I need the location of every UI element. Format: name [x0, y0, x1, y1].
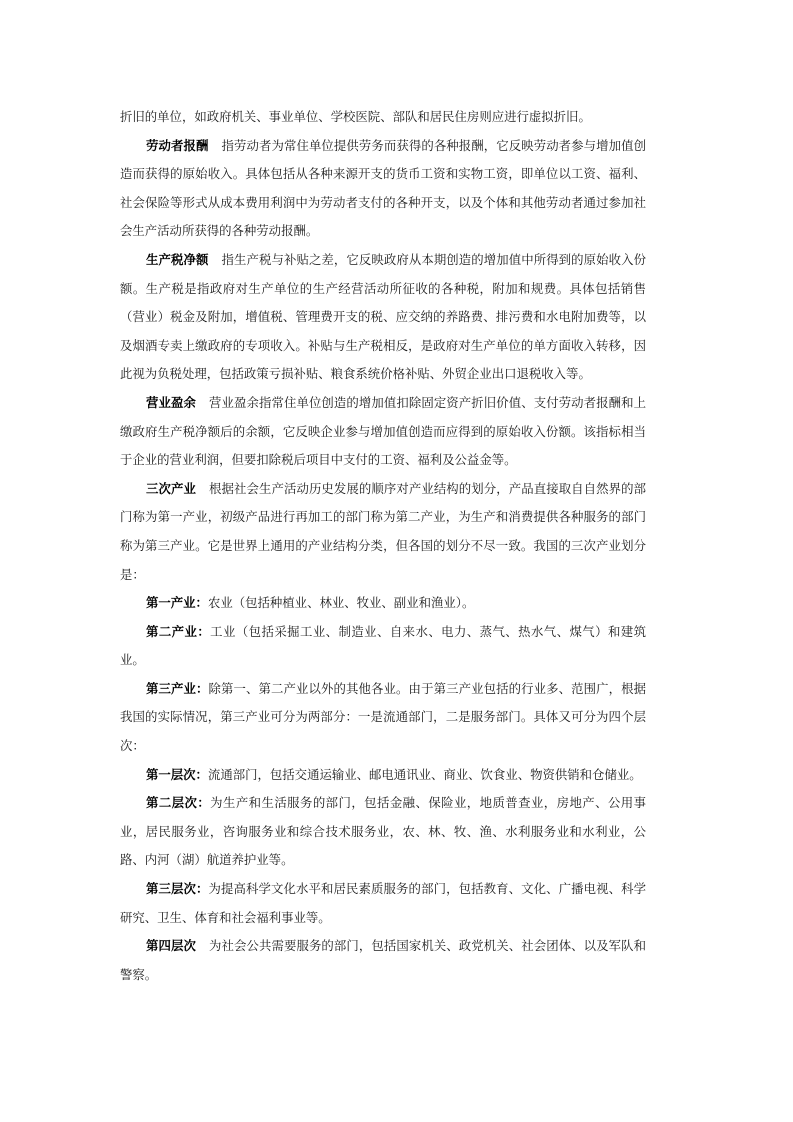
- paragraph-depreciation-continuation: 折旧的单位，如政府机关、事业单位、学校医院、部队和居民住房则应进行虚拟折旧。: [120, 103, 646, 132]
- paragraph-operating-surplus: 营业盈余营业盈余指常住单位创造的增加值扣除固定资产折旧价值、支付劳动者报酬和上缴…: [120, 389, 646, 475]
- term-heading: 第一层次：: [146, 767, 208, 782]
- paragraph-text: 营业盈余指常住单位创造的增加值扣除固定资产折旧价值、支付劳动者报酬和上缴政府生产…: [120, 395, 646, 467]
- term-heading: 营业盈余: [146, 395, 196, 410]
- paragraph-labor-compensation: 劳动者报酬指劳动者为常住单位提供劳务而获得的各种报酬，它反映劳动者参与增加值创造…: [120, 132, 646, 246]
- paragraph-text: 指生产税与补贴之差，它反映政府从本期创造的增加值中所得到的原始收入份额。生产税是…: [120, 252, 646, 381]
- term-heading: 劳动者报酬: [146, 138, 208, 153]
- paragraph-three-industries: 三次产业根据社会生产活动历史发展的顺序对产业结构的划分，产品直接取自自然界的部门…: [120, 475, 646, 589]
- paragraph-text: 农业（包括种植业、林业、牧业、副业和渔业）。: [208, 595, 474, 610]
- paragraph-text: 根据社会生产活动历史发展的顺序对产业结构的划分，产品直接取自自然界的部门称为第一…: [120, 481, 646, 582]
- paragraph-tertiary-industry: 第三产业：除第一、第二产业以外的其他各业。由于第三产业包括的行业多、范围广，根据…: [120, 675, 646, 761]
- paragraph-level-four: 第四层次为社会公共需要服务的部门，包括国家机关、政党机关、社会团体、以及军队和警…: [120, 932, 646, 989]
- document-page: 折旧的单位，如政府机关、事业单位、学校医院、部队和居民住房则应进行虚拟折旧。 劳…: [120, 103, 646, 989]
- paragraph-net-production-tax: 生产税净额指生产税与补贴之差，它反映政府从本期创造的增加值中所得到的原始收入份额…: [120, 246, 646, 389]
- term-heading: 第四层次: [146, 938, 196, 953]
- term-heading: 生产税净额: [146, 252, 208, 267]
- paragraph-level-one: 第一层次：流通部门，包括交通运输业、邮电通讯业、商业、饮食业、物资供销和仓储业。: [120, 761, 646, 790]
- term-heading: 三次产业: [146, 481, 196, 496]
- paragraph-secondary-industry: 第二产业：工业（包括采掘工业、制造业、自来水、电力、蒸气、热水气、煤气）和建筑业…: [120, 618, 646, 675]
- paragraph-primary-industry: 第一产业：农业（包括种植业、林业、牧业、副业和渔业）。: [120, 589, 646, 618]
- paragraph-text: 折旧的单位，如政府机关、事业单位、学校医院、部队和居民住房则应进行虚拟折旧。: [120, 109, 591, 124]
- term-heading: 第二层次：: [146, 795, 210, 810]
- paragraph-level-three: 第三层次：为提高科学文化水平和居民素质服务的部门，包括教育、文化、广播电视、科学…: [120, 875, 646, 932]
- term-heading: 第一产业：: [146, 595, 208, 610]
- term-heading: 第二产业：: [146, 624, 210, 639]
- paragraph-level-two: 第二层次：为生产和生活服务的部门，包括金融、保险业，地质普查业，房地产、公用事业…: [120, 789, 646, 875]
- paragraph-text: 流通部门，包括交通运输业、邮电通讯业、商业、饮食业、物资供销和仓储业。: [208, 767, 642, 782]
- paragraph-text: 为社会公共需要服务的部门，包括国家机关、政党机关、社会团体、以及军队和警察。: [120, 938, 646, 982]
- term-heading: 第三产业：: [146, 681, 209, 696]
- term-heading: 第三层次：: [146, 881, 209, 896]
